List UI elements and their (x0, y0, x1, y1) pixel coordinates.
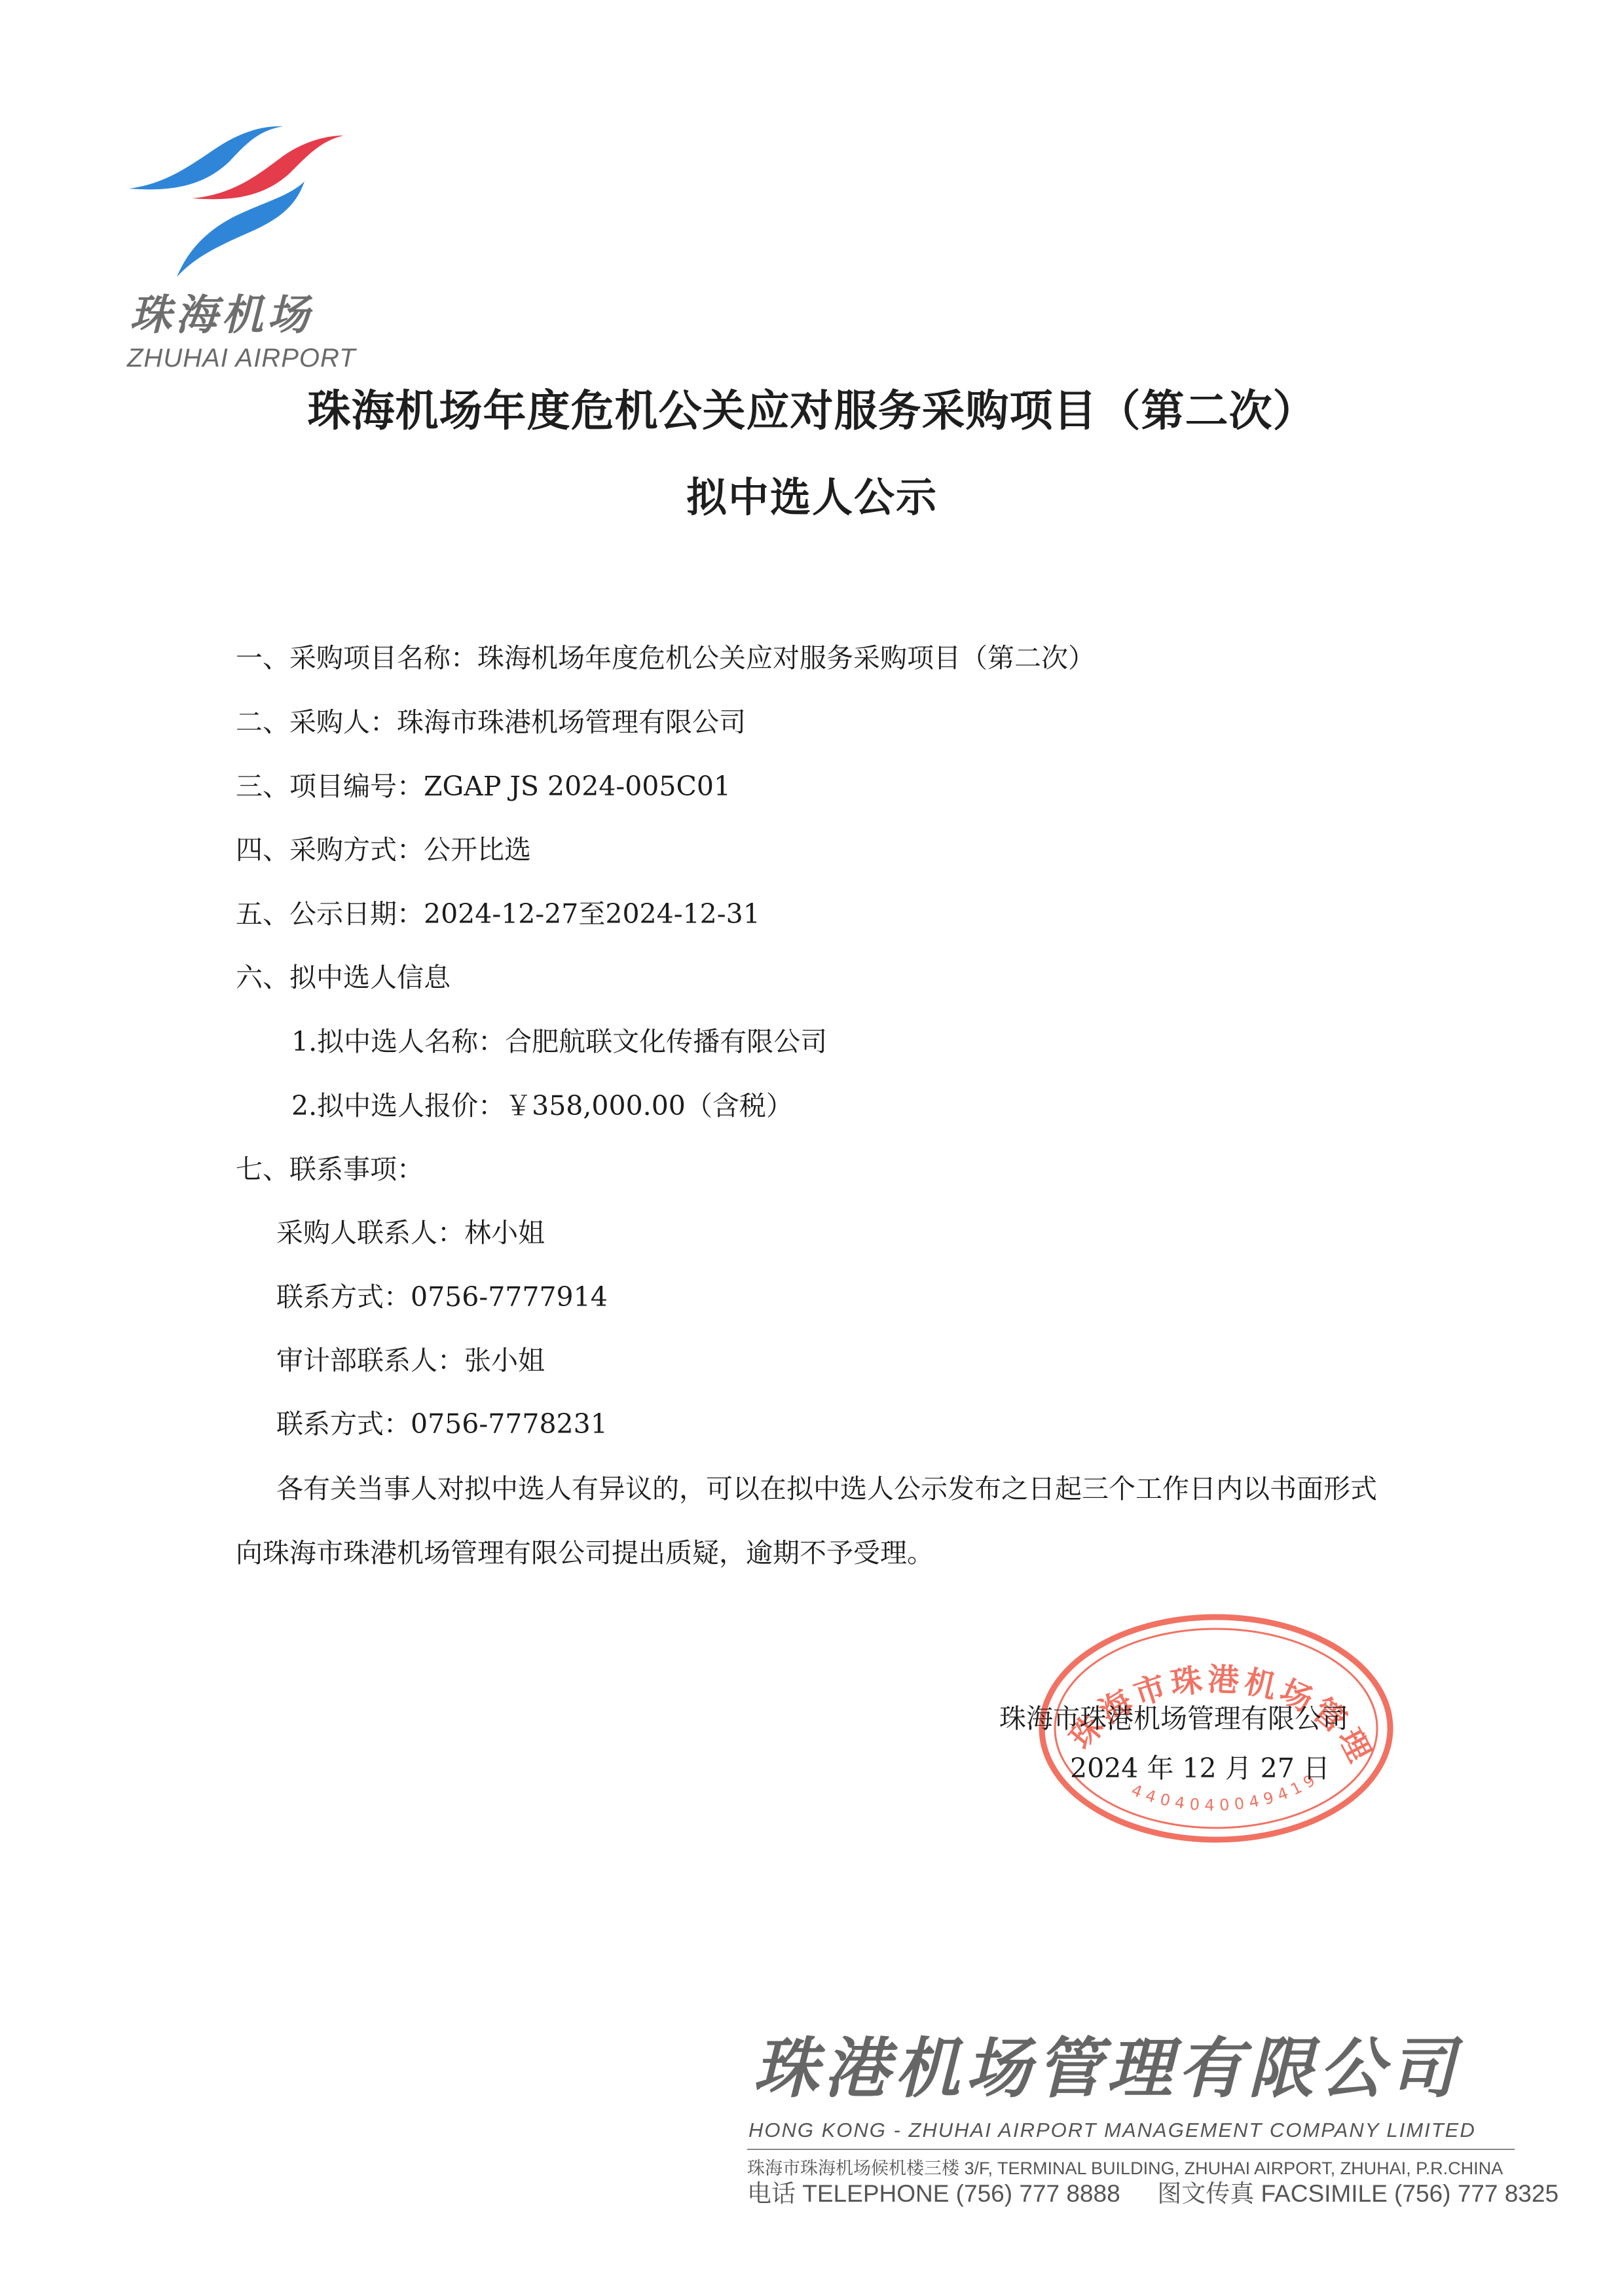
svg-text:珠海市珠港机场管理有限公司: 珠海市珠港机场管理有限公司 (1038, 1614, 1380, 1771)
signature-date: 2024 年 12 月 27 日 (1070, 1752, 1330, 1785)
footer-facsimile: 图文传真 FACSIMILE (756) 777 8325 (1157, 2180, 1559, 2207)
candidate-name-line: 1.拟中选人名称：合肥航联文化传播有限公司 (291, 1025, 827, 1058)
purchaser-phone-line: 联系方式：0756-7777914 (276, 1281, 608, 1313)
logo-english-text: ZHUHAI AIRPORT (127, 344, 356, 373)
footer-address: 珠海市珠海机场候机楼三楼 3/F, TERMINAL BUILDING, ZHU… (747, 2158, 1503, 2179)
audit-phone-line: 联系方式：0756-7778231 (276, 1408, 608, 1440)
footer-company-english: HONG KONG - ZHUHAI AIRPORT MANAGEMENT CO… (748, 2119, 1476, 2142)
document-title: 珠海机场年度危机公关应对服务采购项目（第二次） (0, 385, 1624, 437)
signature-company: 珠海市珠港机场管理有限公司 (999, 1702, 1348, 1735)
objection-notice: 各有关当事人对拟中选人有异议的，可以在拟中选人公示发布之日起三个工作日内以书面形… (236, 1457, 1388, 1585)
procurement-method-line: 四、采购方式：公开比选 (236, 833, 531, 866)
document-subtitle: 拟中选人公示 (0, 471, 1624, 524)
project-number-line: 三、项目编号：ZGAP JS 2024-005C01 (236, 770, 731, 803)
footer-divider (747, 2149, 1515, 2150)
footer-contact-numbers: 电话 TELEPHONE (756) 777 8888 图文传真 FACSIMI… (747, 2180, 1559, 2208)
swoosh-logo-icon (124, 121, 360, 291)
footer-telephone: 电话 TELEPHONE (756) 777 8888 (747, 2180, 1120, 2207)
logo-chinese-text: 珠海机场 (130, 293, 352, 338)
footer-company-chinese: 珠港机场管理有限公司 (753, 2030, 1460, 2108)
purchaser-contact-line: 采购人联系人：林小姐 (276, 1216, 545, 1249)
project-name-line: 一、采购项目名称：珠海机场年度危机公关应对服务采购项目（第二次） (236, 642, 1095, 674)
candidate-info-header: 六、拟中选人信息 (236, 961, 451, 994)
purchaser-line: 二、采购人：珠海市珠港机场管理有限公司 (236, 706, 746, 738)
publicity-period-line: 五、公示日期：2024-12-27至2024-12-31 (236, 898, 760, 930)
contact-header: 七、联系事项： (236, 1153, 424, 1186)
zhuhai-airport-logo: 珠海机场 ZHUHAI AIRPORT (124, 121, 360, 376)
candidate-price-line: 2.拟中选人报价：￥358,000.00（含税） (291, 1089, 793, 1122)
audit-contact-line: 审计部联系人：张小姐 (276, 1344, 545, 1377)
